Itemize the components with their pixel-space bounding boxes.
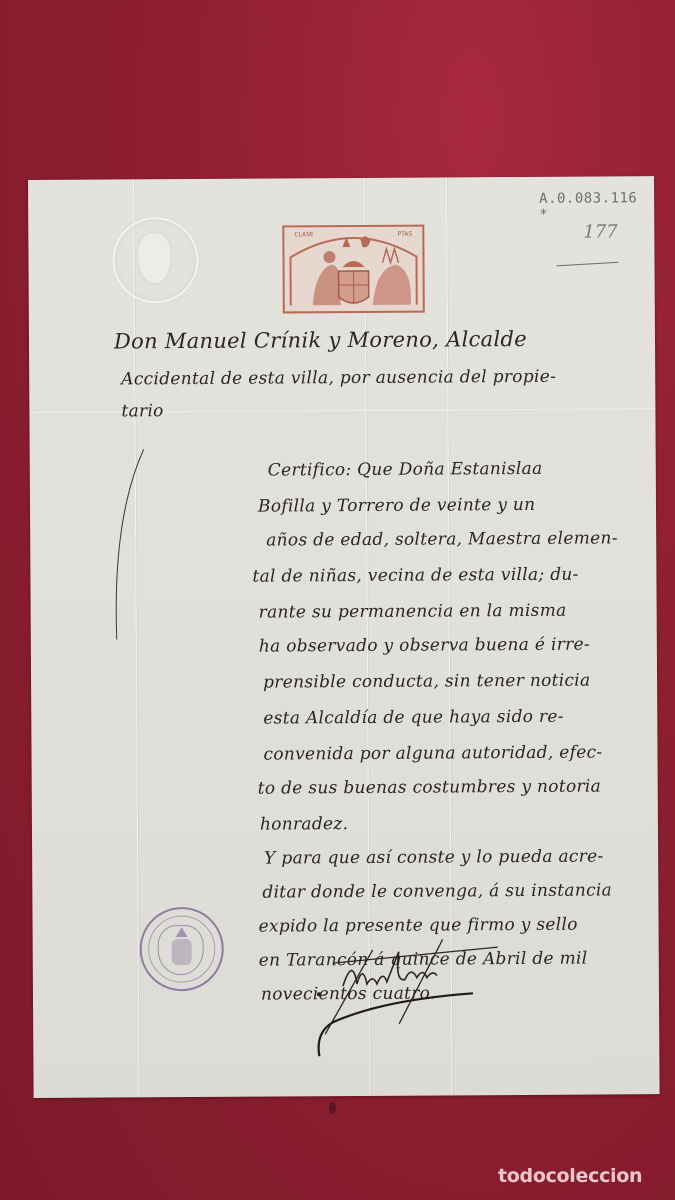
document-sheet: A.0.083.116 * 177 CLASE PTAS Don Manuel … <box>28 176 660 1098</box>
embossed-seal-icon <box>112 217 199 304</box>
text-line: honradez. <box>260 814 349 835</box>
text-line: tario <box>121 401 163 421</box>
text-line: prensible conducta, sin tener noticia <box>263 671 591 693</box>
text-line: Don Manuel Crínik y Moreno, Alcalde <box>114 327 527 354</box>
crest-icon <box>138 233 170 283</box>
text-line: convenida por alguna autoridad, efec- <box>263 743 602 765</box>
fiscal-stamp-artwork-icon <box>284 227 423 312</box>
text-line: Bofilla y Torrero de veinte y un <box>258 495 536 517</box>
municipal-rubber-stamp <box>139 907 224 992</box>
watermark-logo: todocoleccion <box>498 1165 642 1187</box>
text-line: ha observado y observa buena é irre- <box>259 635 590 657</box>
archive-number: A.0.083.116 * <box>539 190 654 223</box>
text-line: Y para que así conste y lo pueda acre- <box>264 846 604 868</box>
flourish-stroke <box>104 439 166 779</box>
text-line: expido la presente que firmo y sello <box>259 915 578 937</box>
text-line: to de sus buenas costumbres y notoria <box>258 777 601 799</box>
text-line: rante su permanencia en la misma <box>259 601 567 623</box>
text-line: ditar donde le convenga, á su instancia <box>262 880 612 902</box>
ink-spot <box>329 1102 336 1114</box>
folio-underline <box>557 262 619 267</box>
text-line: tal de niñas, vecina de esta villa; du- <box>252 565 578 587</box>
fiscal-stamp: CLASE PTAS <box>282 225 425 314</box>
text-line: esta Alcaldía de que haya sido re- <box>263 707 564 729</box>
stamp-shield-icon <box>158 925 204 975</box>
text-line: Certifico: Que Doña Estanislaa <box>268 459 543 481</box>
signature <box>313 936 614 1068</box>
text-line: años de edad, soltera, Maestra elemen- <box>266 528 618 550</box>
stamp-value-label: PTAS <box>398 231 413 238</box>
stamp-class-label: CLASE <box>294 231 313 238</box>
text-line: Accidental de esta villa, por ausencia d… <box>121 367 556 390</box>
folio-number: 177 <box>583 221 617 242</box>
